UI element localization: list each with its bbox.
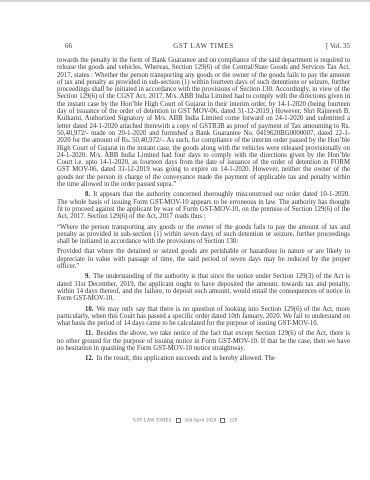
volume-label: [ Vol. 35 (326, 42, 350, 50)
footer-journal: GST LAW TIMES (133, 419, 172, 424)
paragraph-11-number: 11. (85, 330, 93, 337)
paragraph-8-number: 8. (85, 191, 90, 198)
paragraph-11: 11.Besides the above, we take notice of … (57, 330, 350, 352)
square-separator-icon (220, 418, 225, 423)
statute-quote-paragraph-2: Provided that where the detained or seiz… (57, 248, 350, 270)
footer-date: 2nd April 2020 (185, 419, 217, 424)
print-footer: GST LAW TIMES2nd April 2020228 (0, 418, 370, 424)
statute-quote-paragraph-1: “Where the person transporting any goods… (57, 224, 350, 246)
running-header: 66 GST LAW TIMES [ Vol. 35 (57, 42, 350, 52)
paragraph-11-text: Besides the above, we take notice of the… (57, 330, 350, 352)
paragraph-12-text: In the result, this application succeeds… (97, 355, 275, 362)
document-page: 66 GST LAW TIMES [ Vol. 35 towards the p… (0, 0, 370, 480)
page-number: 66 (65, 42, 72, 50)
paragraph-12-number: 12. (85, 355, 94, 362)
square-separator-icon (176, 418, 181, 423)
paragraph-8: 8.It appears that the authority concerne… (57, 191, 350, 220)
journal-title: GST LAW TIMES (173, 42, 234, 50)
paragraph-10: 10.We may only say that there is no ques… (57, 306, 350, 328)
paragraph-9-text: The understanding of the authority is th… (57, 273, 350, 302)
paragraph-10-number: 10. (85, 306, 94, 313)
paragraph-9: 9.The understanding of the authority is … (57, 273, 350, 302)
paragraph-10-text: We may only say that there is no questio… (57, 306, 350, 328)
footer-page-number: 228 (229, 419, 237, 424)
paragraph-12: 12.In the result, this application succe… (57, 355, 350, 362)
paragraph-9-number: 9. (85, 273, 90, 280)
continued-quote-paragraph: towards the penalty in the form of Bank … (57, 57, 350, 188)
paragraph-8-text: It appears that the authority concerned … (57, 191, 350, 220)
